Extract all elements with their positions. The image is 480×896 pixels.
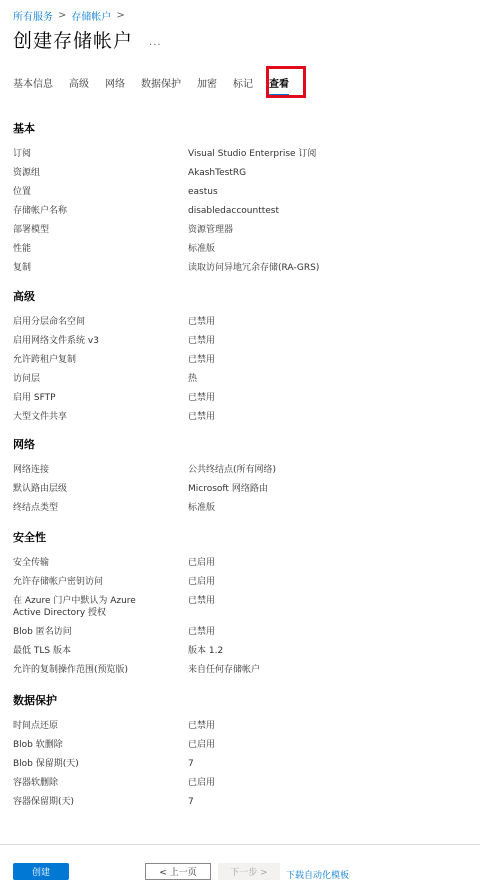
row-value: 7 — [188, 796, 194, 808]
more-options-icon[interactable]: ... — [149, 31, 162, 48]
row-value: AkashTestRG — [188, 167, 246, 179]
row-value: 已启用 — [188, 576, 215, 588]
row-label: 复制 — [13, 262, 173, 274]
next-button[interactable]: 下一步 > — [218, 863, 280, 880]
row-label: 启用 SFTP — [13, 392, 173, 404]
row-value: 已禁用 — [188, 720, 215, 732]
row-value: 已启用 — [188, 777, 215, 789]
row-label: Blob 软删除 — [13, 739, 173, 751]
section-title-advanced: 高级 — [13, 288, 35, 304]
row-label: 启用分层命名空间 — [13, 316, 173, 328]
chevron-right-icon: > — [116, 10, 124, 21]
row-label: 安全传输 — [13, 557, 173, 569]
row-value: 来自任何存储帐户 — [188, 664, 260, 676]
row-label: 位置 — [13, 186, 173, 198]
row-label: 资源组 — [13, 167, 173, 179]
row-label: Blob 匿名访问 — [13, 626, 173, 638]
row-label: 大型文件共享 — [13, 411, 173, 423]
row-value: eastus — [188, 186, 218, 198]
row-label: 存储帐户名称 — [13, 205, 173, 217]
row-value: 已启用 — [188, 739, 215, 751]
tab-encryption[interactable]: 加密 — [197, 75, 217, 90]
row-label: Blob 保留期(天) — [13, 758, 173, 770]
row-label: 容器保留期(天) — [13, 796, 173, 808]
tab-networking[interactable]: 网络 — [105, 75, 125, 90]
chevron-right-icon: > — [58, 10, 66, 21]
section-title-networking: 网络 — [13, 436, 35, 452]
row-label: 性能 — [13, 243, 173, 255]
row-label: 启用网络文件系统 v3 — [13, 335, 173, 347]
row-value: Visual Studio Enterprise 订阅 — [188, 148, 316, 160]
row-value: 已禁用 — [188, 354, 215, 366]
tab-advanced[interactable]: 高级 — [69, 75, 89, 90]
breadcrumb: 所有服务 > 存储帐户 > — [13, 8, 125, 23]
row-value: 已禁用 — [188, 626, 215, 638]
row-label: 在 Azure 门户中默认为 Azure Active Directory 授权 — [13, 595, 143, 619]
breadcrumb-all-services[interactable]: 所有服务 — [13, 8, 53, 23]
row-label: 最低 TLS 版本 — [13, 645, 173, 657]
section-title-security: 安全性 — [13, 529, 46, 545]
row-label: 允许的复制操作范围(预览版) — [13, 664, 173, 676]
section-title-basics: 基本 — [13, 120, 35, 136]
tab-data-protection[interactable]: 数据保护 — [141, 75, 181, 90]
highlight-annotation-box — [266, 66, 306, 98]
row-label: 时间点还原 — [13, 720, 173, 732]
tab-basics[interactable]: 基本信息 — [13, 75, 53, 90]
row-value: 已禁用 — [188, 392, 215, 404]
row-value: 标准版 — [188, 243, 215, 255]
row-value: 已禁用 — [188, 595, 215, 607]
row-value: 已禁用 — [188, 316, 215, 328]
row-value: Microsoft 网络路由 — [188, 483, 268, 495]
tab-bar: 基本信息 高级 网络 数据保护 加密 标记 查看 — [13, 75, 305, 90]
row-value: disabledaccounttest — [188, 205, 279, 217]
row-value: 已禁用 — [188, 411, 215, 423]
row-label: 容器软删除 — [13, 777, 173, 789]
row-label: 默认路由层级 — [13, 483, 173, 495]
previous-button[interactable]: < 上一页 — [145, 863, 211, 880]
row-value: 已禁用 — [188, 335, 215, 347]
row-label: 允许存储帐户密钥访问 — [13, 576, 173, 588]
row-label: 部署模型 — [13, 224, 173, 236]
row-label: 访问层 — [13, 373, 173, 385]
row-value: 资源管理器 — [188, 224, 233, 236]
section-title-data-protection: 数据保护 — [13, 692, 57, 708]
title-row: 创建存储帐户 ... — [13, 26, 162, 53]
row-label: 订阅 — [13, 148, 173, 160]
row-value: 版本 1.2 — [188, 645, 223, 657]
row-value: 热 — [188, 373, 197, 385]
breadcrumb-storage-accounts[interactable]: 存储帐户 — [71, 8, 111, 23]
footer-divider — [0, 844, 480, 845]
page-title: 创建存储帐户 — [13, 26, 133, 53]
row-value: 已启用 — [188, 557, 215, 569]
row-value: 读取访问异地冗余存储(RA-GRS) — [188, 262, 319, 274]
create-button[interactable]: 创建 — [13, 863, 69, 880]
row-label: 网络连接 — [13, 464, 173, 476]
row-label: 允许跨租户复制 — [13, 354, 173, 366]
download-template-link[interactable]: 下载自动化模板 — [286, 868, 349, 881]
row-label: 终结点类型 — [13, 502, 173, 514]
row-value: 公共终结点(所有网络) — [188, 464, 276, 476]
tab-tags[interactable]: 标记 — [233, 75, 253, 90]
row-value: 标准版 — [188, 502, 215, 514]
row-value: 7 — [188, 758, 194, 770]
